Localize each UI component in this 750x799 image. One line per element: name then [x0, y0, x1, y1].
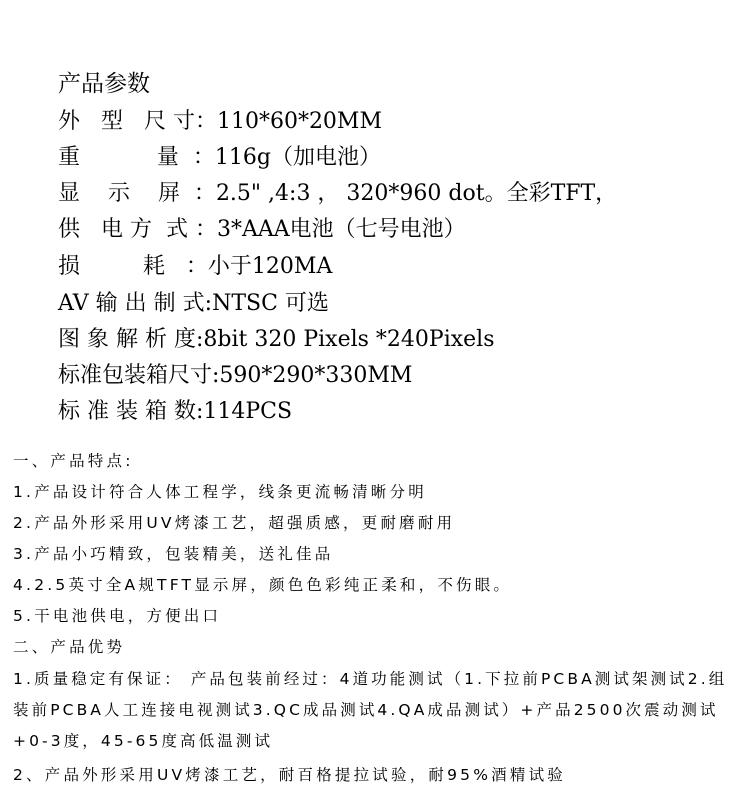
spec-label: 供 电 方 式 ： [58, 216, 217, 244]
spec-value: 110*60*20MM [217, 108, 382, 136]
spec-label: 标准包装箱尺寸: [58, 362, 219, 390]
spec-label: 外 型 尺 寸： [58, 108, 217, 136]
spec-value: 2.5" ,4:3 ， 320*960 dot。全彩TFT， [216, 180, 617, 208]
spec-row-av-output: AV 输 出 制 式:NTSC 可选 [58, 290, 329, 318]
feature-item: 4.2.5英寸全A规TFT显示屏，颜色色彩纯正柔和，不伤眼。 [13, 574, 512, 596]
spec-value: 3*AAA电池（七号电池） [217, 216, 466, 244]
spec-row-carton-qty: 标 准 装 箱 数: 114PCS [58, 398, 292, 426]
advantage-item: 2、产品外形采用UV烤漆工艺，耐百格提拉试验，耐95%酒精试验 [13, 764, 566, 786]
feature-item: 2.产品外形采用UV烤漆工艺，超强质感，更耐磨耐用 [13, 512, 455, 534]
feature-item: 1.产品设计符合人体工程学，线条更流畅清晰分明 [13, 481, 427, 503]
spec-value: 小于120MA [208, 253, 332, 281]
feature-item: 5.干电池供电，方便出口 [13, 605, 221, 627]
spec-label: 图 象 解 析 度: [58, 326, 203, 354]
spec-label: 标 准 装 箱 数: [58, 398, 203, 426]
spec-value: 8bit 320 Pixels *240Pixels [203, 326, 494, 354]
spec-row-display: 显 示 屏 ： 2.5" ,4:3 ， 320*960 dot。全彩TFT， [58, 180, 617, 208]
spec-value: 116g（加电池） [215, 144, 381, 172]
spec-row-resolution: 图 象 解 析 度: 8bit 320 Pixels *240Pixels [58, 326, 495, 354]
spec-row-weight: 重 量 ：116g（加电池） [58, 144, 381, 172]
spec-label: AV 输 出 制 式: [58, 290, 212, 318]
spec-row-power: 供 电 方 式 ： 3*AAA电池（七号电池） [58, 216, 466, 244]
spec-row-consumption: 损 耗 ：小于120MA [58, 253, 332, 281]
spec-label: 显 示 屏 ： [58, 180, 216, 208]
feature-item: 3.产品小巧精致，包装精美，送礼佳品 [13, 543, 333, 565]
spec-value: NTSC 可选 [212, 290, 329, 318]
specs-title: 产品参数 [58, 70, 150, 98]
features-heading: 一、产品特点: [13, 450, 134, 472]
advantage-item: 1.质量稳定有保证： 产品包装前经过：4道功能测试（1.下拉前PCBA测试架测试… [13, 664, 743, 757]
spec-row-dimensions: 外 型 尺 寸： 110*60*20MM [58, 108, 382, 136]
spec-value: 114PCS [203, 398, 292, 426]
spec-row-carton-size: 标准包装箱尺寸: 590*290*330MM [58, 362, 412, 390]
spec-label: 重 量 ： [58, 144, 215, 172]
spec-label: 损 耗 ： [58, 253, 208, 281]
advantages-heading: 二、产品优势 [13, 636, 125, 658]
spec-value: 590*290*330MM [219, 362, 412, 390]
